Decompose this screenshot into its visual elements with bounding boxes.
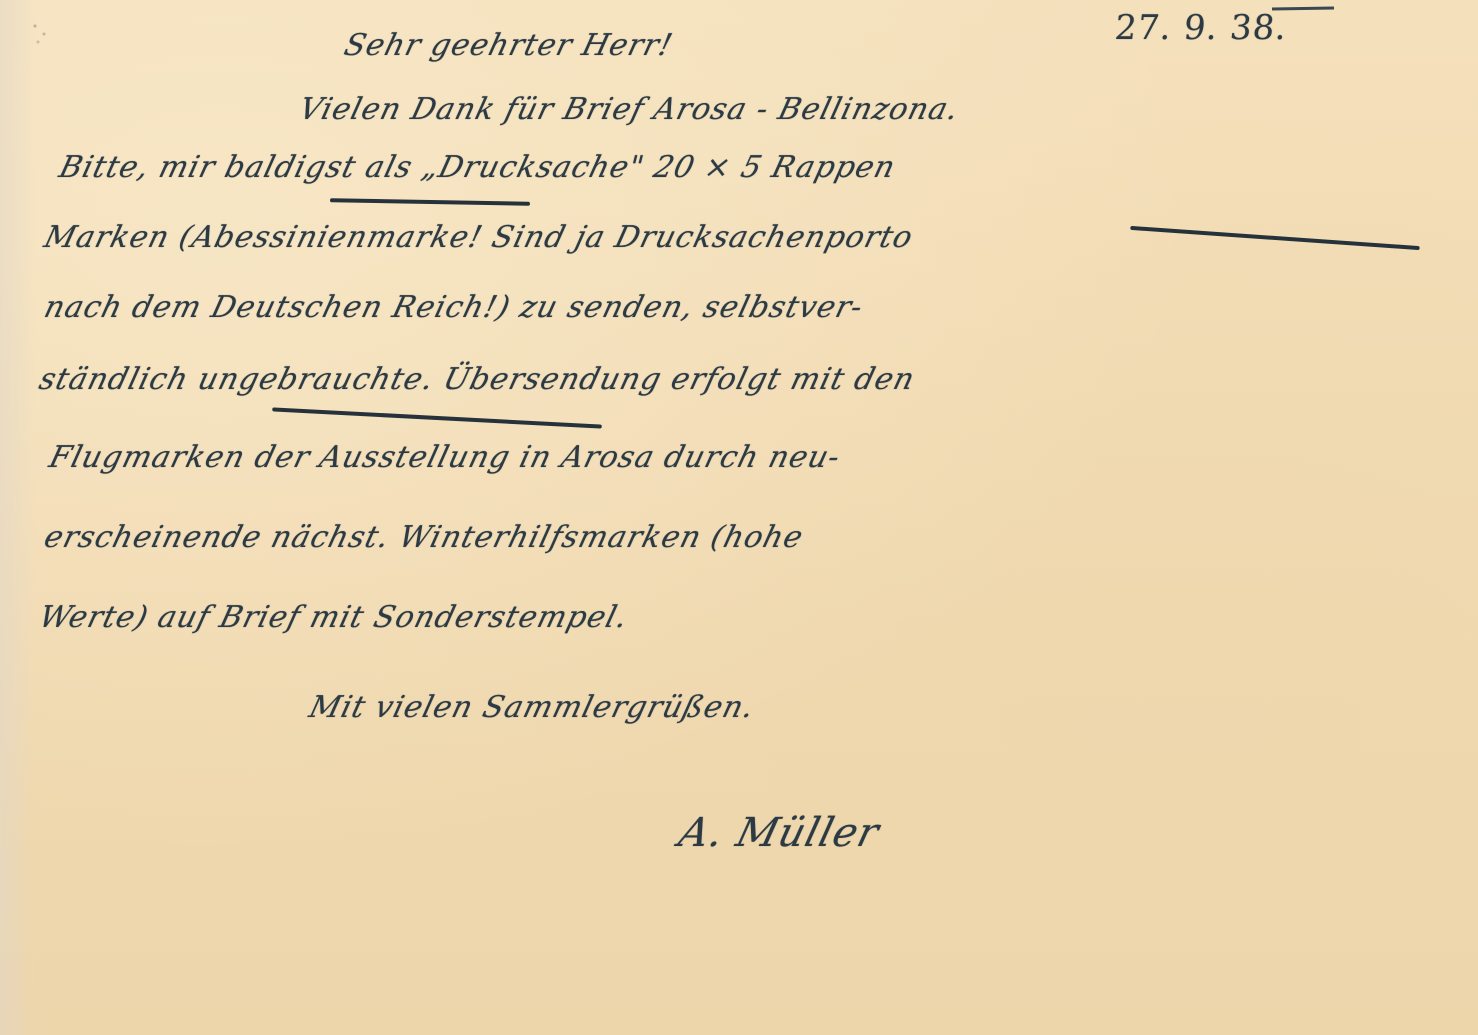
letter-line-8: Werte) auf Brief mit Sonderstempel. [36,600,632,635]
signature: A. Müller [674,810,884,856]
salutation: Sehr geehrter Herr! [341,28,677,63]
letter-line-2: Bitte, mir baldigst als „Drucksache" 20 … [56,150,900,185]
underline-rappen [1130,226,1420,250]
date-overline [1272,6,1334,10]
letter-line-4: nach dem Deutschen Reich!) zu senden, se… [41,290,867,325]
letter-line-6: Flugmarken der Ausstellung in Arosa durc… [46,440,845,475]
paper-stain [26,14,56,54]
underline-ungebrauchte [272,407,602,428]
letter-line-1: Vielen Dank für Brief Arosa - Bellinzona… [296,92,963,127]
letter-line-3: Marken (Abessinienmarke! Sind ja Drucksa… [41,220,917,255]
closing: Mit vielen Sammlergrüßen. [306,690,759,725]
underline-baldigst [330,198,530,205]
date: 27. 9. 38. [1113,8,1289,48]
postcard: 27. 9. 38. Sehr geehrter Herr! Vielen Da… [0,0,1478,1035]
letter-line-7: erscheinende nächst. Winterhilfsmarken (… [41,520,807,555]
letter-line-5: ständlich ungebrauchte. Übersendung erfo… [36,362,919,397]
paper-edge-shadow [0,0,36,1035]
